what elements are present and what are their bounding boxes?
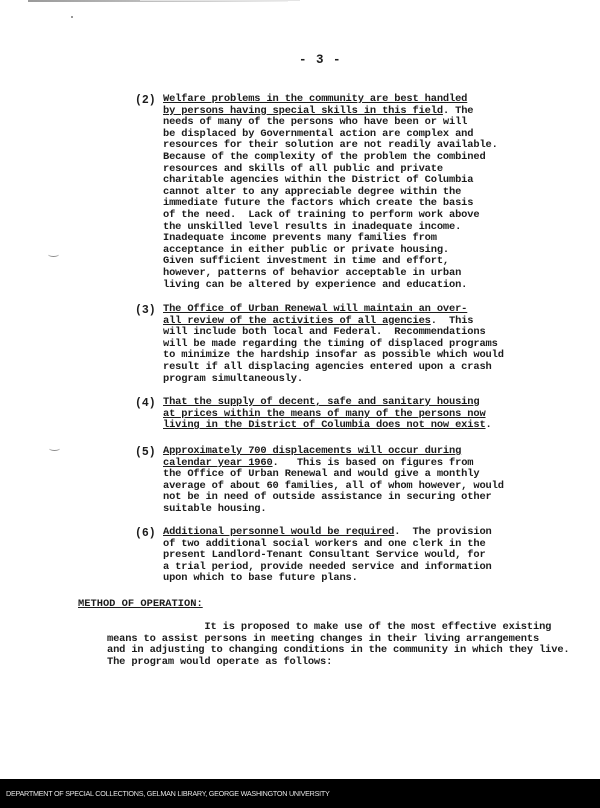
- item-body: Approximately 700 displacements will occ…: [163, 446, 583, 516]
- text-line: however, patterns of behavior acceptable…: [163, 268, 583, 280]
- text-line: program simultaneously.: [163, 374, 583, 386]
- underlined-text: at prices within the means of many of th…: [163, 408, 486, 420]
- footer-credit: DEPARTMENT OF SPECIAL COLLECTIONS, GELMA…: [6, 789, 330, 798]
- underlined-text: by persons having special skills in this…: [163, 105, 443, 117]
- method-paragraph: It is proposed to make use of the most e…: [107, 622, 567, 668]
- text-line: suitable housing.: [163, 504, 583, 516]
- scan-top-edge-faint: [140, 0, 300, 1]
- item-number: (5): [135, 446, 156, 459]
- underlined-text: living in the District of Columbia does …: [163, 419, 486, 431]
- text-line: Because of the complexity of the problem…: [163, 152, 583, 164]
- text-line: The program would operate as follows:: [107, 657, 567, 669]
- underlined-text: calendar year 1960: [163, 457, 273, 469]
- text-line: living in the District of Columbia does …: [163, 420, 583, 432]
- underlined-text: That the supply of decent, safe and sani…: [163, 396, 479, 408]
- text-line: Additional personnel would be required. …: [163, 527, 583, 539]
- text-line: It is proposed to make use of the most e…: [107, 622, 567, 634]
- text-line: result if all displacing agencies entere…: [163, 362, 583, 374]
- underlined-text: Additional personnel would be required: [163, 526, 394, 538]
- section-heading: METHOD OF OPERATION:: [78, 598, 203, 610]
- punch-mark: [48, 252, 59, 257]
- punch-mark: [49, 446, 60, 451]
- underlined-text: Approximately 700 displacements will occ…: [163, 445, 461, 457]
- underlined-text: Welfare problems in the community are be…: [163, 93, 467, 105]
- item-number: (4): [135, 397, 156, 410]
- page-number: - 3 -: [299, 53, 342, 67]
- item-body: That the supply of decent, safe and sani…: [163, 397, 583, 432]
- item-number: (6): [135, 527, 156, 540]
- underlined-text: The Office of Urban Renewal will maintai…: [163, 303, 467, 315]
- text-line: of the need. Lack of training to perform…: [163, 210, 583, 222]
- underlined-text: all review of the activities of all agen…: [163, 315, 431, 327]
- item-body: Additional personnel would be required. …: [163, 527, 583, 585]
- text-line: charitable agencies within the District …: [163, 175, 583, 187]
- text-line: upon which to base future plans.: [163, 573, 583, 585]
- text-line: Inadequate income prevents many families…: [163, 233, 583, 245]
- item-number: (2): [135, 94, 156, 107]
- item-body: Welfare problems in the community are be…: [163, 94, 583, 291]
- item-body: The Office of Urban Renewal will maintai…: [163, 304, 583, 385]
- item-number: (3): [135, 304, 156, 317]
- text-line: living can be altered by experience and …: [163, 280, 583, 292]
- footer-bar: DEPARTMENT OF SPECIAL COLLECTIONS, GELMA…: [0, 779, 600, 808]
- scan-speck: [71, 16, 73, 18]
